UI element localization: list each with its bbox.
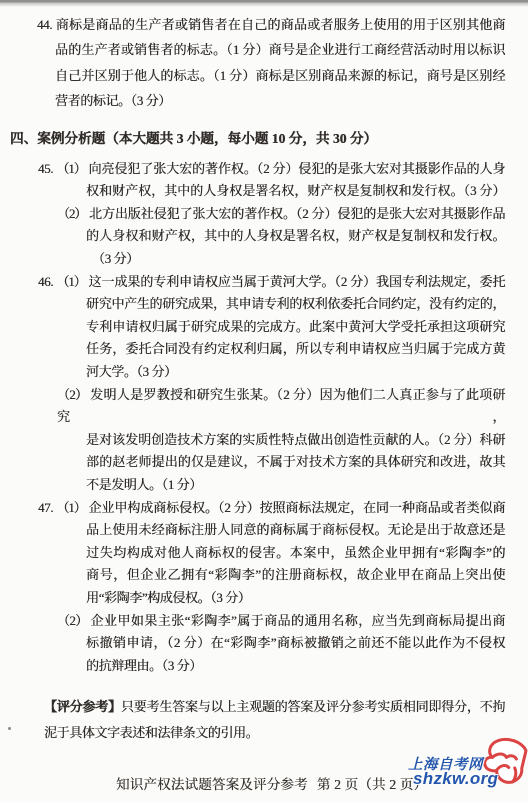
- answer-line: 商号，但企业乙拥有“彩陶李”的注册商标权，故企业甲在商品上突出使: [0, 564, 528, 587]
- answer-text: 发明人是罗教授和研究生张某。（2 分）因为他们二人真正参与了此项研究，: [57, 387, 505, 425]
- answer-line: （2）发明人是罗教授和研究生张某。（2 分）因为他们二人真正参与了此项研究，: [0, 384, 528, 429]
- scoring-note-line: 泥于具体文字表述和法律条文的引用。: [0, 720, 528, 746]
- answer-line: 任务，委托合同没有约定权利归属，所以专利申请权应当归属于完成方黄: [0, 338, 528, 361]
- question-number: 47.: [38, 500, 53, 515]
- answer-line: 45.（1）向亮侵犯了张大宏的著作权。（2 分）侵犯的是张大宏对其摄影作品的人身: [0, 158, 528, 181]
- answer-line: 不是发明人。（1 分）: [0, 474, 528, 497]
- part-label: （2）: [57, 613, 88, 628]
- scan-speck: [8, 727, 11, 730]
- answer-line: 47.（1）企业甲构成商标侵权。（2 分）按照商标法规定，在同一种商品或者类似商: [0, 497, 528, 520]
- scoring-reference-note: 【评分参考】只要考生答案与以上主观题的答案及评分参考实质相同即得分，不拘 泥于具…: [0, 694, 528, 745]
- part-label: （1）: [56, 274, 85, 289]
- answer-line: 品的生产者或销售者的标志。（1 分）商号是企业进行工商经营活动时用以标识: [0, 37, 528, 62]
- answer-line: 用“彩陶李”构成侵权。（3 分）: [0, 587, 528, 610]
- answer-line: 河大学。（3 分）: [0, 361, 528, 384]
- answers-content: 44.商标是商品的生产者或销售者在自己的商品或者服务上使用的用于区别其他商 品的…: [0, 0, 528, 745]
- answer-line: 权和财产权，其中的人身权是署名权，财产权是复制权和发行权。（3 分）: [0, 180, 528, 203]
- answer-line: 研究中产生的研究成果，其申请专利的权利依委托合同约定，没有约定的，: [0, 293, 528, 316]
- answer-text: 北方出版社侵犯了张大宏的著作权。（2 分）侵犯的是张大宏对其摄影作品: [89, 206, 505, 221]
- answer-item-46: 46.（1）这一成果的专利申请权应当属于黄河大学。（2 分）我国专利法规定，委托…: [0, 271, 528, 497]
- answer-line: 标撤销申请，（2 分）在“彩陶李”商标被撤销之前还不能以此作为不侵权: [0, 632, 528, 655]
- scoring-note-label: 【评分参考】: [44, 699, 121, 714]
- answer-line: 的抗辩理由。（3 分）: [0, 655, 528, 678]
- section-header: 四、案例分析题（本大题共 3 小题，每小题 10 分，共 30 分）: [0, 125, 528, 152]
- answer-line: （2）北方出版社侵犯了张大宏的著作权。（2 分）侵犯的是张大宏对其摄影作品: [0, 203, 528, 226]
- answer-line: 过失均构成对他人商标权的侵害。本案中，虽然企业甲拥有“彩陶李”的: [0, 542, 528, 565]
- answer-text: 商标是商品的生产者或销售者在自己的商品或者服务上使用的用于区别其他商: [55, 17, 505, 32]
- part-label: （2）: [57, 206, 86, 221]
- answer-text: 企业甲构成商标侵权。（2 分）按照商标法规定，在同一种商品或者类似商: [88, 500, 505, 515]
- scoring-note-text: 只要考生答案与以上主观题的答案及评分参考实质相同即得分，不拘: [121, 699, 505, 714]
- part-label: （1）: [56, 500, 85, 515]
- answer-line: （2）企业甲如果主张“彩陶李”属于商品的通用名称，应当先到商标局提出商: [0, 610, 528, 633]
- footer-page-indicator: 第 2 页（共 2 页）: [317, 777, 427, 792]
- answer-text: 向亮侵犯了张大宏的著作权。（2 分）侵犯的是张大宏对其摄影作品的人身: [88, 161, 505, 176]
- answer-line: 部的赵老师提出的仅是建议，不属于对技术方案的具体研究和改进，故其: [0, 451, 528, 474]
- answer-line: 是对该发明创造技术方案的实质性特点做出创造性贡献的人。（2 分）科研: [0, 429, 528, 452]
- answer-item-47: 47.（1）企业甲构成商标侵权。（2 分）按照商标法规定，在同一种商品或者类似商…: [0, 497, 528, 678]
- answer-line: 营者的标记。（3 分）: [0, 88, 528, 113]
- part-label: （1）: [56, 161, 85, 176]
- footer-doc-title: 知识产权法试题答案及评分参考: [116, 777, 308, 792]
- question-number: 44.: [37, 17, 52, 32]
- scoring-note-line: 【评分参考】只要考生答案与以上主观题的答案及评分参考实质相同即得分，不拘: [0, 694, 528, 720]
- answer-line: 46.（1）这一成果的专利申请权应当属于黄河大学。（2 分）我国专利法规定，委托: [0, 271, 528, 294]
- question-number: 45.: [38, 161, 53, 176]
- answer-text: 这一成果的专利申请权应当属于黄河大学。（2 分）我国专利法规定，委托: [88, 274, 505, 289]
- section-title: 案例分析题（本大题共 3 小题，每小题 10 分，共 30 分）: [37, 131, 377, 146]
- answer-line: 的人身权和财产权，其中的人身权是署名权，财产权是复制权和发行权。: [0, 225, 528, 248]
- answer-line: 自己并区别于他人的标志。（1 分）商标是区别商品来源的标记，商号是区别经: [0, 63, 528, 88]
- page-footer: 知识产权法试题答案及评分参考第 2 页（共 2 页）: [116, 773, 427, 793]
- answer-item-45: 45.（1）向亮侵犯了张大宏的著作权。（2 分）侵犯的是张大宏对其摄影作品的人身…: [0, 158, 528, 271]
- answer-line: 品上使用未经商标注册人同意的商标属于商标侵权。无论是出于故意还是: [0, 519, 528, 542]
- answer-text: 企业甲如果主张“彩陶李”属于商品的通用名称，应当先到商标局提出商: [91, 613, 505, 628]
- scanned-answer-page: 44.商标是商品的生产者或销售者在自己的商品或者服务上使用的用于区别其他商 品的…: [0, 0, 528, 803]
- answer-line: （3 分）: [0, 248, 528, 271]
- part-label: （2）: [57, 387, 87, 402]
- answer-item-44: 44.商标是商品的生产者或销售者在自己的商品或者服务上使用的用于区别其他商 品的…: [0, 12, 528, 114]
- section-label: 四、: [10, 131, 37, 146]
- question-number: 46.: [38, 274, 53, 289]
- answer-line: 专利申请权归属于研究成果的完成方。此案中黄河大学受托承担这项研究: [0, 316, 528, 339]
- answer-line: 44.商标是商品的生产者或销售者在自己的商品或者服务上使用的用于区别其他商: [0, 12, 528, 37]
- watermark-site-name: 上海自考网: [408, 753, 483, 774]
